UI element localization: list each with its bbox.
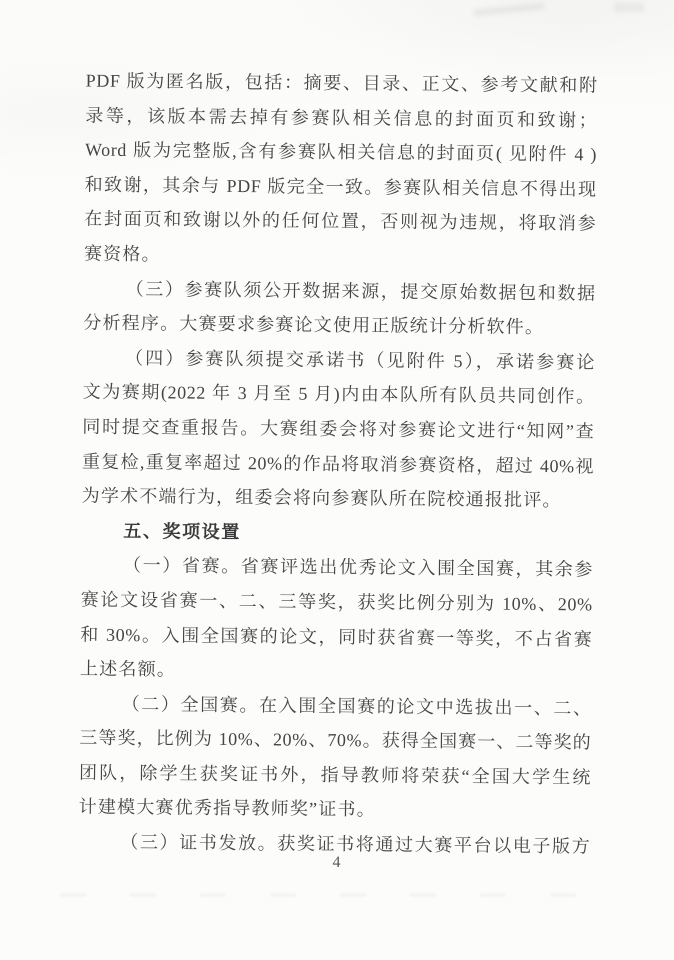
scan-artifact	[474, 2, 544, 16]
text-line: 三等奖，比例为 10%、20%、70%。获得全国赛一、二等奖的	[79, 721, 591, 761]
page-number: 4	[0, 854, 674, 872]
text-line: 录等，该版本需去掉有参赛队相关信息的封面页和致谢；	[85, 98, 597, 138]
document-page: PDF 版为匿名版，包括：摘要、目录、正文、参考文献和附录等，该版本需去掉有参赛…	[0, 0, 674, 960]
text-line: 为学术不端行为，组委会将向参赛队所在院校通报批评。	[82, 479, 594, 519]
text-line: （一）省赛。省赛评选出优秀论文入围全国赛，其余参	[81, 548, 593, 588]
text-line: 计建模大赛优秀指导教师奖”证书。	[79, 790, 591, 830]
text-line: 分析程序。大赛要求参赛论文使用正版统计分析软件。	[83, 306, 595, 346]
text-line: 上述名额。	[80, 652, 592, 692]
scan-artifact	[614, 3, 644, 12]
document-text: PDF 版为匿名版，包括：摘要、目录、正文、参考文献和附录等，该版本需去掉有参赛…	[78, 64, 598, 865]
text-line: （四）参赛队须提交承诺书（见附件 5），承诺参赛论	[83, 340, 595, 380]
text-line: 赛资格。	[84, 237, 596, 277]
text-line: 团队，除学生获奖证书外，指导教师将荣获“全国大学生统	[79, 755, 591, 795]
text-line: 和 30%。入围全国赛的论文，同时获省赛一等奖，不占省赛	[80, 617, 592, 657]
text-line: 赛论文设省赛一、二、三等奖，获奖比例分别为 10%、20%	[81, 582, 593, 622]
text-line: PDF 版为匿名版，包括：摘要、目录、正文、参考文献和附	[85, 64, 597, 104]
text-line: 文为赛期(2022 年 3 月至 5 月)内由本队所有队员共同创作。	[83, 375, 595, 415]
text-line: Word 版为完整版,含有参赛队相关信息的封面页( 见附件 4 )	[85, 133, 597, 173]
text-line: 在封面页和致谢以外的任何位置，否则视为违规，将取消参	[84, 202, 596, 242]
text-line: 和致谢，其余与 PDF 版完全一致。参赛队相关信息不得出现	[85, 167, 597, 207]
text-line: （三）参赛队须公开数据来源，提交原始数据包和数据	[84, 271, 596, 311]
text-line: （二）全国赛。在入围全国赛的论文中选拔出一、二、	[80, 686, 592, 726]
section-heading: 五、奖项设置	[81, 513, 593, 553]
scan-artifact	[60, 893, 600, 897]
text-line: 同时提交查重报告。大赛组委会将对参赛论文进行“知网”查	[82, 409, 594, 449]
text-line: 重复检,重复率超过 20%的作品将取消参赛资格，超过 40%视	[82, 444, 594, 484]
